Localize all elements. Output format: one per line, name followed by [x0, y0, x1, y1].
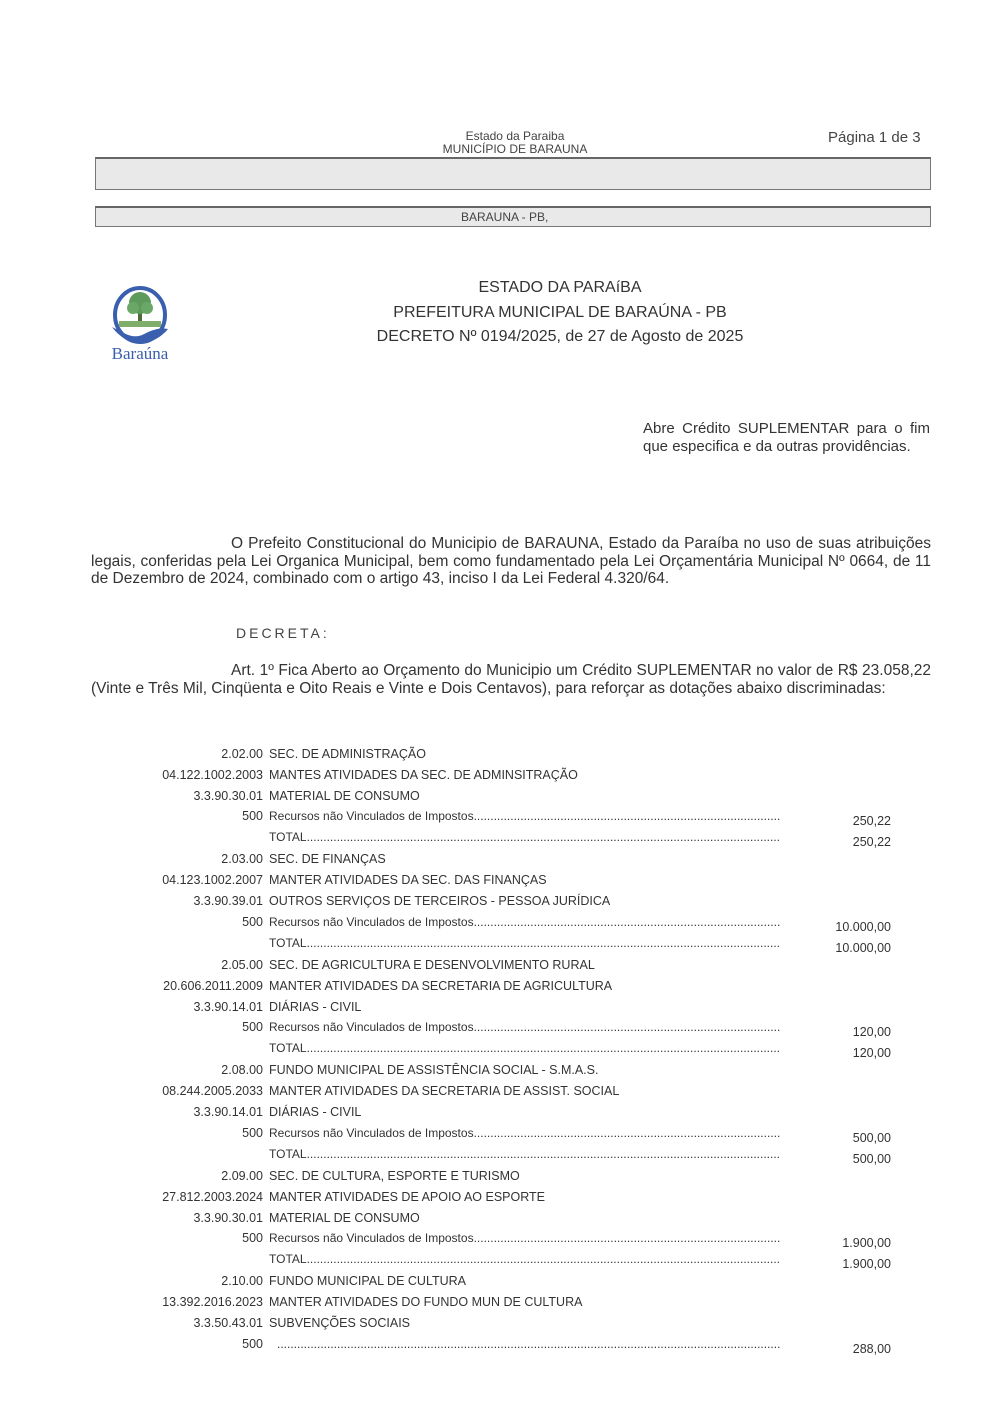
- action-row: 20.606.2011.2009MANTER ATIVIDADES DA SEC…: [100, 976, 900, 997]
- action-row-code: 13.392.2016.2023: [162, 1292, 263, 1313]
- dot-leader: ........................................…: [474, 1231, 781, 1245]
- unit-row-desc: SEC. DE AGRICULTURA E DESENVOLVIMENTO RU…: [269, 955, 595, 976]
- dot-leader: ........................................…: [474, 915, 781, 929]
- total-row: TOTAL...................................…: [100, 827, 900, 848]
- dot-leader: ........................................…: [307, 830, 781, 844]
- svg-text:Baraúna: Baraúna: [112, 344, 169, 363]
- action-row-desc: MANTER ATIVIDADES DE APOIO AO ESPORTE: [269, 1187, 545, 1208]
- source-row: 500Recursos não Vinculados de Impostos..…: [100, 1123, 900, 1144]
- dot-leader: ........................................…: [307, 936, 781, 950]
- source-row: 500Recursos não Vinculados de Impostos..…: [100, 1017, 900, 1038]
- unit-row: 2.08.00FUNDO MUNICIPAL DE ASSISTÊNCIA SO…: [100, 1060, 900, 1081]
- allocations-list: 2.02.00SEC. DE ADMINISTRAÇÃO04.122.1002.…: [100, 744, 900, 1355]
- action-row-desc: MANTES ATIVIDADES DA SEC. DE ADMINSITRAÇ…: [269, 765, 578, 786]
- unit-row-desc: SEC. DE ADMINISTRAÇÃO: [269, 744, 426, 765]
- unit-row-desc: FUNDO MUNICIPAL DE ASSISTÊNCIA SOCIAL - …: [269, 1060, 598, 1081]
- total-row-leader: TOTAL...................................…: [269, 1249, 781, 1270]
- source-row-label: Recursos não Vinculados de Impostos: [269, 809, 474, 823]
- element-row-code: 3.3.50.43.01: [193, 1313, 263, 1334]
- element-row: 3.3.90.14.01DIÁRIAS - CIVIL: [100, 1102, 900, 1123]
- source-row-leader: Recursos não Vinculados de Impostos.....…: [269, 1228, 781, 1249]
- element-row-desc: OUTROS SERVIÇOS DE TERCEIROS - PESSOA JU…: [269, 891, 610, 912]
- element-row: 3.3.90.14.01DIÁRIAS - CIVIL: [100, 997, 900, 1018]
- dot-leader: ........................................…: [307, 1252, 781, 1266]
- source-row-leader: Recursos não Vinculados de Impostos.....…: [269, 1123, 781, 1144]
- element-row-desc: SUBVENÇÕES SOCIAIS: [269, 1313, 410, 1334]
- action-row-code: 20.606.2011.2009: [163, 976, 263, 997]
- element-row-code: 3.3.90.14.01: [193, 997, 263, 1018]
- total-row-leader: TOTAL...................................…: [269, 1144, 781, 1165]
- article-1: Art. 1º Fica Aberto ao Orçamento do Muni…: [91, 662, 931, 697]
- dot-leader: ........................................…: [269, 1337, 781, 1351]
- doc-title-decree: DECRETO Nº 0194/2025, de 27 de Agosto de…: [330, 328, 790, 346]
- unit-row-code: 2.02.00: [221, 744, 263, 765]
- source-row-label: Recursos não Vinculados de Impostos: [269, 1126, 474, 1140]
- total-row-label: TOTAL: [269, 1147, 307, 1161]
- total-row-label: TOTAL: [269, 1252, 307, 1266]
- element-row-desc: MATERIAL DE CONSUMO: [269, 786, 420, 807]
- unit-row-code: 2.10.00: [221, 1271, 263, 1292]
- total-row-label: TOTAL: [269, 1041, 307, 1055]
- source-row: 500Recursos não Vinculados de Impostos..…: [100, 1228, 900, 1249]
- source-row-leader: Recursos não Vinculados de Impostos.....…: [269, 1017, 781, 1038]
- source-row-label: Recursos não Vinculados de Impostos: [269, 1231, 474, 1245]
- unit-row-desc: SEC. DE CULTURA, ESPORTE E TURISMO: [269, 1166, 520, 1187]
- action-row: 04.122.1002.2003MANTES ATIVIDADES DA SEC…: [100, 765, 900, 786]
- action-row: 13.392.2016.2023MANTER ATIVIDADES DO FUN…: [100, 1292, 900, 1313]
- source-row-code: 500: [242, 1123, 263, 1144]
- source-row: 500.....................................…: [100, 1334, 900, 1355]
- source-row-code: 500: [242, 912, 263, 933]
- source-row: 500Recursos não Vinculados de Impostos..…: [100, 806, 900, 827]
- total-row-leader: TOTAL...................................…: [269, 827, 781, 848]
- element-row-desc: MATERIAL DE CONSUMO: [269, 1208, 420, 1229]
- unit-row: 2.05.00SEC. DE AGRICULTURA E DESENVOLVIM…: [100, 955, 900, 976]
- logo: Baraúna: [100, 283, 180, 363]
- action-row-code: 04.123.1002.2007: [162, 870, 263, 891]
- header-bar: [95, 157, 931, 190]
- action-row-code: 04.122.1002.2003: [162, 765, 263, 786]
- element-row-desc: DIÁRIAS - CIVIL: [269, 997, 361, 1018]
- source-row-code: 500: [242, 806, 263, 827]
- dot-leader: ........................................…: [474, 809, 781, 823]
- doc-title-prefeitura: PREFEITURA MUNICIPAL DE BARAÚNA - PB: [330, 304, 790, 322]
- total-row: TOTAL...................................…: [100, 1249, 900, 1270]
- article-1-text: Art. 1º Fica Aberto ao Orçamento do Muni…: [91, 662, 931, 697]
- element-row-code: 3.3.90.30.01: [193, 1208, 263, 1229]
- source-row-code: 500: [242, 1334, 263, 1355]
- action-row: 27.812.2003.2024MANTER ATIVIDADES DE APO…: [100, 1187, 900, 1208]
- action-row-code: 08.244.2005.2033: [162, 1081, 263, 1102]
- preamble-text: O Prefeito Constitucional do Municipio d…: [91, 535, 931, 588]
- header-state: Estado da Paraiba MUNICÍPIO DE BARAUNA: [400, 130, 630, 156]
- unit-row: 2.10.00FUNDO MUNICIPAL DE CULTURA: [100, 1271, 900, 1292]
- dot-leader: ........................................…: [474, 1126, 781, 1140]
- total-row: TOTAL...................................…: [100, 933, 900, 954]
- element-row: 3.3.90.30.01MATERIAL DE CONSUMO: [100, 1208, 900, 1229]
- total-row-label: TOTAL: [269, 830, 307, 844]
- unit-row: 2.09.00SEC. DE CULTURA, ESPORTE E TURISM…: [100, 1166, 900, 1187]
- source-row: 500Recursos não Vinculados de Impostos..…: [100, 912, 900, 933]
- source-row-code: 500: [242, 1017, 263, 1038]
- unit-row-code: 2.09.00: [221, 1166, 263, 1187]
- source-row-leader: Recursos não Vinculados de Impostos.....…: [269, 806, 781, 827]
- action-row-desc: MANTER ATIVIDADES DA SECRETARIA DE ASSIS…: [269, 1081, 619, 1102]
- element-row: 3.3.90.30.01MATERIAL DE CONSUMO: [100, 786, 900, 807]
- unit-row-desc: FUNDO MUNICIPAL DE CULTURA: [269, 1271, 466, 1292]
- unit-row-code: 2.05.00: [221, 955, 263, 976]
- preamble: O Prefeito Constitucional do Municipio d…: [91, 535, 931, 588]
- action-row-desc: MANTER ATIVIDADES DA SECRETARIA DE AGRIC…: [269, 976, 612, 997]
- total-row-label: TOTAL: [269, 936, 307, 950]
- header-location-bar: BARAUNA - PB,: [95, 206, 931, 227]
- source-row-value: 288,00: [853, 1339, 891, 1360]
- element-row-code: 3.3.90.30.01: [193, 786, 263, 807]
- municipal-coat-tree-icon: Baraúna: [100, 283, 180, 363]
- doc-title-state: ESTADO DA PARAíBA: [330, 279, 790, 297]
- dot-leader: ........................................…: [474, 1020, 781, 1034]
- unit-row-code: 2.08.00: [221, 1060, 263, 1081]
- action-row: 04.123.1002.2007MANTER ATIVIDADES DA SEC…: [100, 870, 900, 891]
- unit-row-code: 2.03.00: [221, 849, 263, 870]
- unit-row-desc: SEC. DE FINANÇAS: [269, 849, 386, 870]
- ementa: Abre Crédito SUPLEMENTAR para o fim que …: [643, 420, 930, 456]
- element-row: 3.3.50.43.01SUBVENÇÕES SOCIAIS: [100, 1313, 900, 1334]
- source-row-leader: Recursos não Vinculados de Impostos.....…: [269, 912, 781, 933]
- element-row: 3.3.90.39.01OUTROS SERVIÇOS DE TERCEIROS…: [100, 891, 900, 912]
- source-row-label: Recursos não Vinculados de Impostos: [269, 915, 474, 929]
- source-row-leader: ........................................…: [269, 1334, 781, 1355]
- element-row-code: 3.3.90.39.01: [193, 891, 263, 912]
- source-row-code: 500: [242, 1228, 263, 1249]
- decreta-heading: DECRETA:: [236, 625, 330, 641]
- total-row: TOTAL...................................…: [100, 1144, 900, 1165]
- unit-row: 2.03.00SEC. DE FINANÇAS: [100, 849, 900, 870]
- action-row-desc: MANTER ATIVIDADES DO FUNDO MUN DE CULTUR…: [269, 1292, 582, 1313]
- action-row: 08.244.2005.2033MANTER ATIVIDADES DA SEC…: [100, 1081, 900, 1102]
- action-row-desc: MANTER ATIVIDADES DA SEC. DAS FINANÇAS: [269, 870, 547, 891]
- unit-row: 2.02.00SEC. DE ADMINISTRAÇÃO: [100, 744, 900, 765]
- page-number: Página 1 de 3: [828, 129, 921, 146]
- action-row-code: 27.812.2003.2024: [162, 1187, 263, 1208]
- element-row-code: 3.3.90.14.01: [193, 1102, 263, 1123]
- header-municipality: MUNICÍPIO DE BARAUNA: [400, 143, 630, 156]
- dot-leader: ........................................…: [307, 1147, 781, 1161]
- source-row-label: Recursos não Vinculados de Impostos: [269, 1020, 474, 1034]
- total-row-leader: TOTAL...................................…: [269, 1038, 781, 1059]
- dot-leader: ........................................…: [307, 1041, 781, 1055]
- element-row-desc: DIÁRIAS - CIVIL: [269, 1102, 361, 1123]
- total-row-leader: TOTAL...................................…: [269, 933, 781, 954]
- total-row: TOTAL...................................…: [100, 1038, 900, 1059]
